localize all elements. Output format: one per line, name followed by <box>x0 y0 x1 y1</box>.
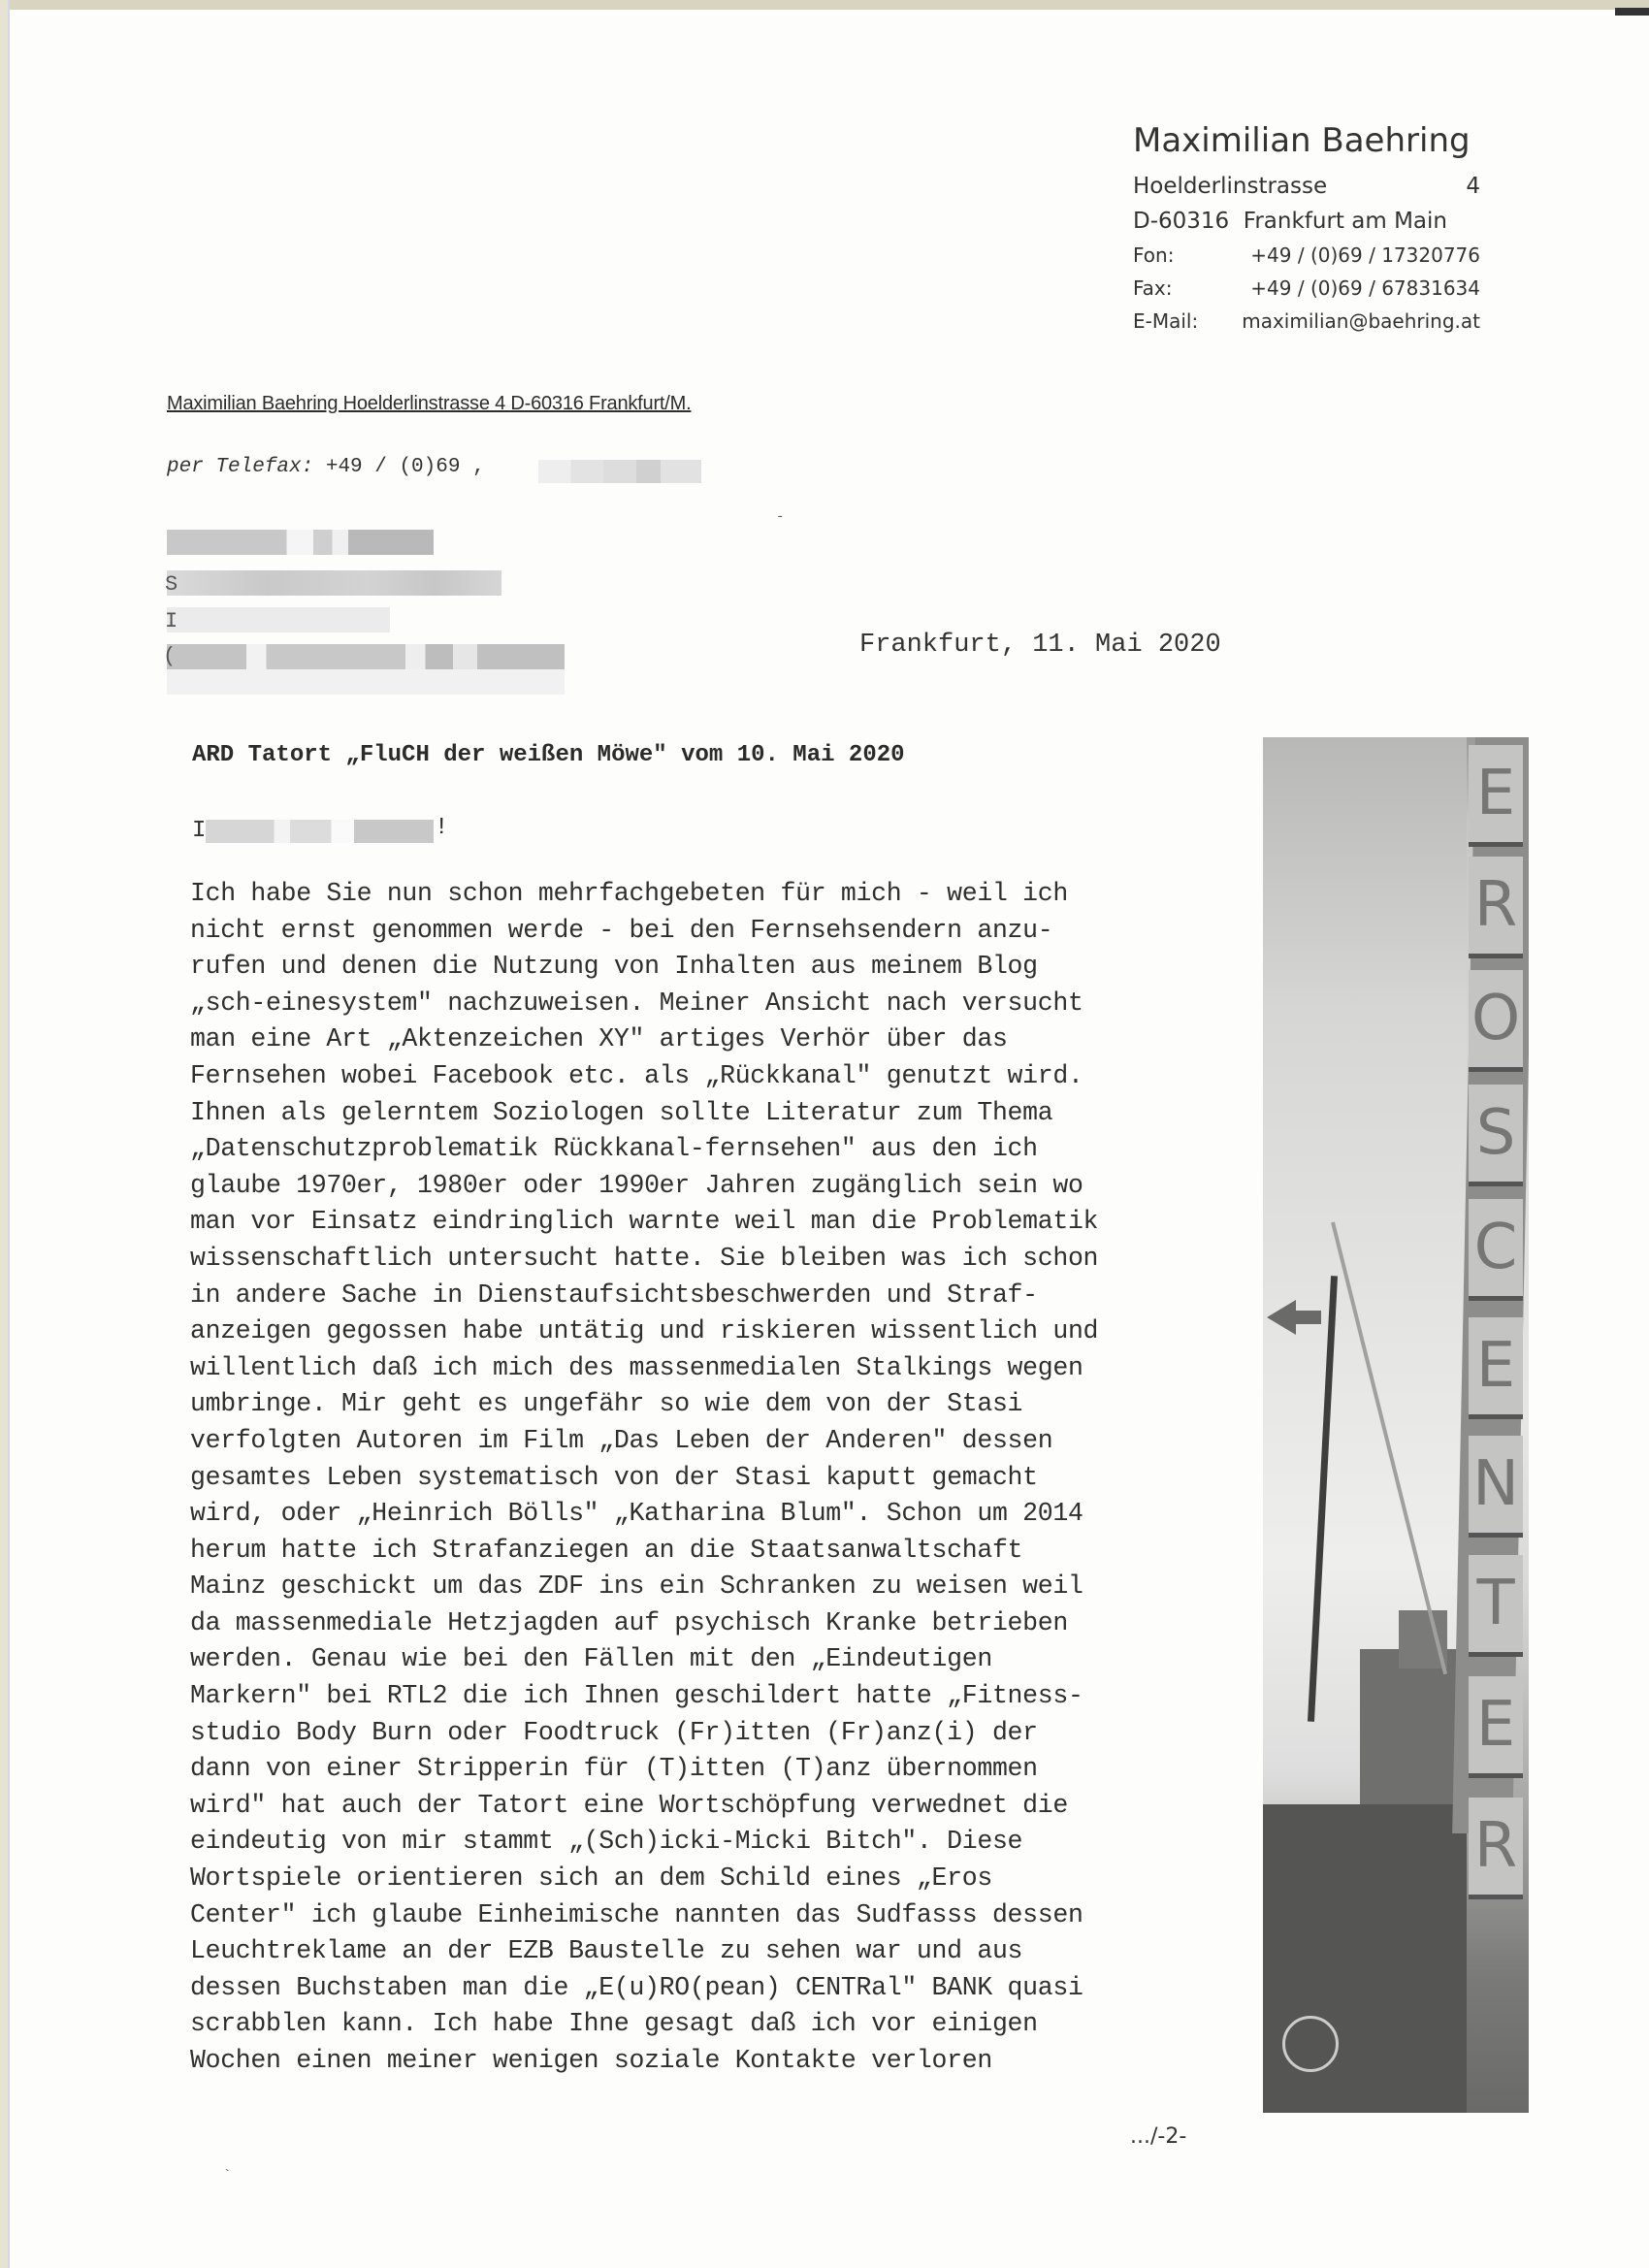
body-line: nicht ernst genommen werde - bei den Fer… <box>190 913 1238 950</box>
sender-email-row: E-Mail: maximilian@baehring.at <box>1133 305 1480 338</box>
letterhead: Maximilian Baehring Hoelderlinstrasse 4 … <box>1133 118 1480 338</box>
body-line: Markern" bei RTL2 die ich Ihnen geschild… <box>190 1678 1238 1715</box>
return-address-line: Maximilian Baehring Hoelderlinstrasse 4 … <box>167 393 691 415</box>
body-line: dessen Buchstaben man die „E(u)RO(pean) … <box>190 1970 1238 2007</box>
sign-letter: N <box>1469 1436 1523 1538</box>
body-line: willentlich daß ich mich des massenmedia… <box>190 1350 1238 1387</box>
scan-speck: - <box>776 509 784 525</box>
redacted-recipient-line-5 <box>167 669 565 695</box>
letter-date: Frankfurt, 11. Mai 2020 <box>859 631 1221 660</box>
body-line: Wochen einen meiner wenigen soziale Kont… <box>190 2043 1238 2080</box>
sign-letter: R <box>1469 1798 1523 1899</box>
sender-house-number: 4 <box>1466 169 1480 204</box>
sender-street: Hoelderlinstrasse <box>1133 169 1327 204</box>
body-line: werden. Genau wie bei den Fällen mit den… <box>190 1641 1238 1678</box>
scan-speck: ` <box>223 2168 231 2184</box>
scan-edge-shadow <box>1615 8 1649 16</box>
body-line: Ich habe Sie nun schon mehrfachgebeten f… <box>190 876 1238 913</box>
body-line: studio Body Burn oder Foodtruck (Fr)itte… <box>190 1715 1238 1752</box>
body-line: verfolgten Autoren im Film „Das Leben de… <box>190 1423 1238 1460</box>
body-line: rufen und denen die Nutzung von Inhalten… <box>190 949 1238 986</box>
sender-street-row: Hoelderlinstrasse 4 <box>1133 169 1480 204</box>
body-line: dann von einer Stripperin für (T)itten (… <box>190 1751 1238 1788</box>
sender-city: D-60316 Frankfurt am Main <box>1133 204 1480 239</box>
sign-letter: E <box>1469 1317 1523 1419</box>
fax-line: per Telefax: +49 / (0)69 , <box>167 456 485 478</box>
body-line: wird" hat auch der Tatort eine Wortschöp… <box>190 1788 1238 1825</box>
fax-label: Fax: <box>1133 272 1222 305</box>
body-line: in andere Sache in Dienstaufsichtsbeschw… <box>190 1278 1238 1314</box>
body-line: Wortspiele orientieren sich an dem Schil… <box>190 1861 1238 1897</box>
letter-body: Ich habe Sie nun schon mehrfachgebeten f… <box>190 876 1238 2080</box>
phone-number: +49 / (0)69 / 17320776 <box>1222 239 1480 272</box>
sender-name: Maximilian Baehring <box>1133 118 1480 163</box>
redacted-recipient-line-2 <box>167 570 501 596</box>
recipient-initial-1: S <box>165 572 178 597</box>
sign-letter: S <box>1469 1085 1523 1186</box>
body-line: „Datenschutzproblematik Rückkanal-fernse… <box>190 1131 1238 1168</box>
salutation-initial: I <box>192 818 206 844</box>
sign-letter: T <box>1469 1555 1523 1657</box>
body-line: „sch-einesystem" nachzuweisen. Meiner An… <box>190 986 1238 1022</box>
fax-line-number: +49 / (0)69 , <box>326 456 485 478</box>
fax-number: +49 / (0)69 / 67831634 <box>1222 272 1480 305</box>
email-label: E-Mail: <box>1133 305 1222 338</box>
recipient-initial-2: I <box>165 609 178 633</box>
body-line: Ihnen als gelerntem Soziologen sollte Li… <box>190 1095 1238 1132</box>
sender-fax-row: Fax: +49 / (0)69 / 67831634 <box>1133 272 1480 305</box>
email-address: maximilian@baehring.at <box>1222 305 1480 338</box>
body-line: scrabblen kann. Ich habe Ihne gesagt daß… <box>190 2006 1238 2043</box>
sign-letter: O <box>1469 970 1523 1072</box>
redacted-salutation <box>206 820 434 843</box>
body-line: Mainz geschickt um das ZDF ins ein Schra… <box>190 1569 1238 1605</box>
body-line: da massenmediale Hetzjagden auf psychisc… <box>190 1605 1238 1642</box>
sign-letter: R <box>1469 857 1523 958</box>
body-line: glaube 1970er, 1980er oder 1990er Jahren… <box>190 1168 1238 1205</box>
body-line: herum hatte ich Strafanziegen an die Sta… <box>190 1533 1238 1570</box>
body-line: gesamtes Leben systematisch von der Stas… <box>190 1460 1238 1497</box>
letter-subject: ARD Tatort „FluCH der weißen Möwe" vom 1… <box>192 742 905 768</box>
recipient-initial-3: ( <box>163 644 176 668</box>
body-line: Fernsehen wobei Facebook etc. als „Rückk… <box>190 1058 1238 1095</box>
body-line: eindeutig von mir stammt „(Sch)icki-Mick… <box>190 1824 1238 1861</box>
eros-center-photo: EROSCENTER <box>1263 737 1529 2113</box>
sign-letter: E <box>1469 1676 1523 1778</box>
redacted-recipient-line-4 <box>167 644 565 669</box>
fax-line-label: per Telefax: <box>167 456 313 478</box>
sign-letter: E <box>1469 745 1523 847</box>
body-line: wissenschaftlich untersucht hatte. Sie b… <box>190 1241 1238 1278</box>
body-line: man eine Art „Aktenzeichen XY" artiges V… <box>190 1021 1238 1058</box>
redacted-recipient-line-3 <box>167 607 390 632</box>
sender-phone-row: Fon: +49 / (0)69 / 17320776 <box>1133 239 1480 272</box>
phone-label: Fon: <box>1133 239 1222 272</box>
redacted-recipient-line-1 <box>167 530 434 555</box>
body-line: Leuchtreklame an der EZB Baustelle zu se… <box>190 1933 1238 1970</box>
sign-letter: C <box>1469 1199 1523 1301</box>
redacted-fax-number <box>538 460 701 483</box>
page-continuation: .../-2- <box>1130 2124 1186 2149</box>
body-line: Center" ich glaube Einheimische nannten … <box>190 1897 1238 1934</box>
scan-border-left <box>0 0 8 2268</box>
body-line: man vor Einsatz eindringlich warnte weil… <box>190 1204 1238 1241</box>
scan-border-top <box>0 0 1649 10</box>
photo-arrow-bar <box>1292 1311 1321 1324</box>
salutation-ending: ! <box>435 815 448 841</box>
body-line: anzeigen gegossen habe untätig und riski… <box>190 1313 1238 1350</box>
photo-road-sign <box>1282 2016 1339 2072</box>
body-line: umbringe. Mir geht es ungefähr so wie de… <box>190 1386 1238 1423</box>
body-line: wird, oder „Heinrich Bölls" „Katharina B… <box>190 1496 1238 1533</box>
scan-border-line <box>8 0 10 2268</box>
